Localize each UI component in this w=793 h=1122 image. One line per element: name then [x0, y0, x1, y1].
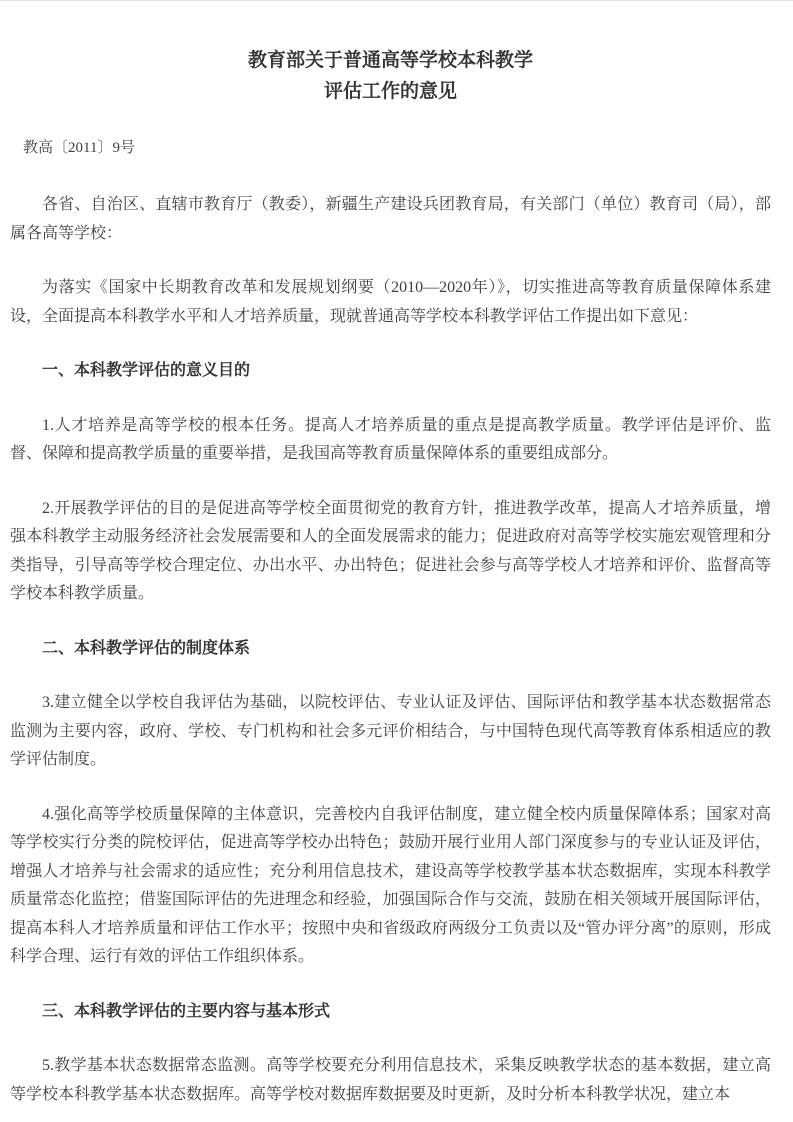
paragraph-salutation: 各省、自治区、直辖市教育厅（教委），新疆生产建设兵团教育局，有关部门（单位）教育…	[10, 191, 771, 248]
document-title: 教育部关于普通高等学校本科教学 评估工作的意见	[10, 45, 771, 107]
paragraph-item-1: 1.人才培养是高等学校的根本任务。提高人才培养质量的重点是提高教学质量。教学评估…	[10, 412, 771, 469]
document-title-line-1: 教育部关于普通高等学校本科教学	[10, 45, 771, 76]
section-heading-1: 一、本科教学评估的意义目的	[10, 357, 771, 386]
document-page: 教育部关于普通高等学校本科教学 评估工作的意见 教高〔2011〕9号 各省、自治…	[0, 1, 793, 1109]
doc-number: 教高〔2011〕9号	[23, 134, 771, 162]
document-title-line-2: 评估工作的意见	[10, 76, 771, 107]
section-heading-2: 二、本科教学评估的制度体系	[10, 635, 771, 664]
paragraph-item-4: 4.强化高等学校质量保障的主体意识，完善校内自我评估制度，建立健全校内质量保障体…	[10, 801, 771, 972]
section-heading-3: 三、本科教学评估的主要内容与基本形式	[10, 998, 771, 1027]
paragraph-item-2: 2.开展教学评估的目的是促进高等学校全面贯彻党的教育方针，推进教学改革，提高人才…	[10, 495, 771, 609]
paragraph-item-3: 3.建立健全以学校自我评估为基础，以院校评估、专业认证及评估、国际评估和教学基本…	[10, 689, 771, 775]
paragraph-preamble: 为落实《国家中长期教育改革和发展规划纲要（2010—2020年）》，切实推进高等…	[10, 274, 771, 331]
paragraph-item-5: 5.教学基本状态数据常态监测。高等学校要充分利用信息技术，采集反映教学状态的基本…	[10, 1052, 771, 1109]
